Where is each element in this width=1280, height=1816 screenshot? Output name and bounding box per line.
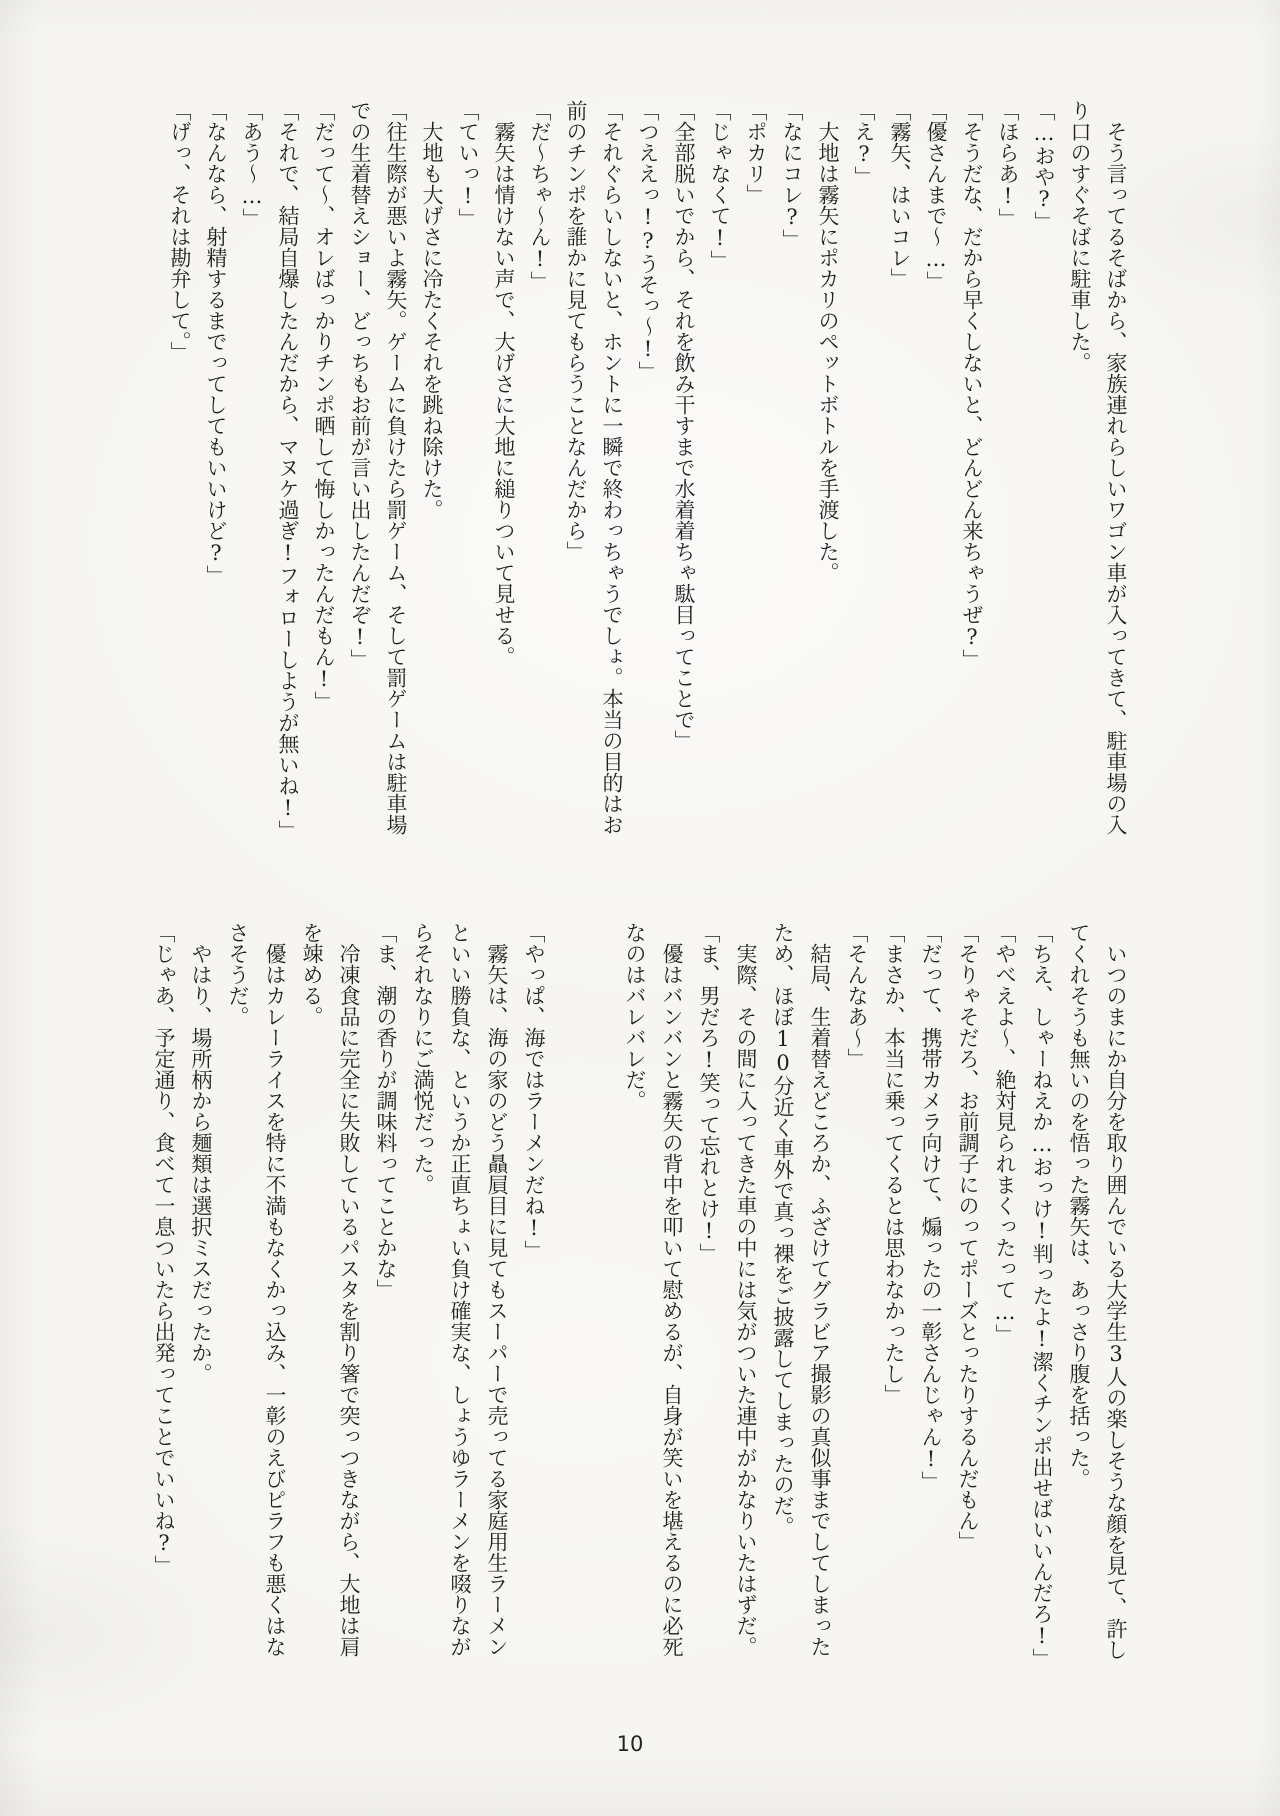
text-line: 「だ〜ちゃ〜ん!」: [522, 100, 558, 844]
text-line: 結局、生着替えどころか、ふざけてグラビア撮影の真似事までしてしまったため、ほぼ1…: [764, 922, 838, 1666]
text-line: いつのまにか自分を取り囲んでいる大学生3人の楽しそうな顔を見て、許してくれそうも…: [1060, 922, 1134, 1666]
text-line: 実際、その間に入ってきた車の中には気がついた連中がかなりいたはずだ。: [727, 922, 764, 1666]
text-line: 「じゃあ、予定通り、食べて一息ついたら出発ってことでいいね?」: [145, 922, 182, 1666]
text-line: 優はバンバンと霧矢の背中を叩いて慰めるが、自身が笑いを堪えるのに必死なのはバレバ…: [616, 922, 690, 1666]
text-line: 「ま、男だろ!笑って忘れとけ!」: [690, 922, 727, 1666]
text-line: 「だって〜、オレばっかりチンポ晒して悔しかったんだもん!」: [306, 100, 342, 844]
text-line: 「そんなあ〜」: [838, 922, 875, 1666]
text-line: 冷凍食品に完全に失敗しているパスタを割り箸で突っつきながら、大地は肩を竦める。: [293, 922, 367, 1666]
text-line: 「やっぱ、海ではラーメンだね!」: [515, 922, 552, 1666]
text-line: 大地は霧矢にポカリのペットボトルを手渡した。: [810, 100, 846, 844]
text-line: やはり、場所柄から麺類は選択ミスだったか。: [182, 922, 219, 1666]
text-line: 「つええっ!?うそっ〜!」: [630, 100, 666, 844]
text-line: 「あう〜…」: [234, 100, 270, 844]
page-number: 10: [598, 1732, 662, 1756]
text-line: 「それで、結局自爆したんだから、マヌケ過ぎ!フォローしようが無いね!」: [270, 100, 306, 844]
text-line: 「ほらあ!」: [990, 100, 1026, 844]
text-line: 「そりゃそだろ、お前調子にのってポーズとったりするんだもん」: [949, 922, 986, 1666]
scanned-book-page: { "page": { "number": "10", "background"…: [0, 0, 1280, 1816]
text-line: 「霧矢、はいコレ」: [882, 100, 918, 844]
text-line: 大地も大げさに冷たくそれを跳ね除けた。: [414, 100, 450, 844]
text-line: 「ちえ、しゃーねえか…おっけ!判ったよ!潔くチンポ出せばいいんだろ!」: [1023, 922, 1060, 1666]
text-line: 霧矢は、海の家のどう贔屓目に見てもスーパーで売ってる家庭用生ラーメンといい勝負な…: [404, 922, 515, 1666]
text-line: 「全部脱いでから、それを飲み干すまで水着着ちゃ駄目ってことで」: [666, 100, 702, 844]
text-line: 「それぐらいしないと、ホントに一瞬で終わっちゃうでしょ。本当の目的はお前のチンポ…: [558, 100, 630, 844]
text-line: 「え?」: [846, 100, 882, 844]
text-line: 「まさか、本当に乗ってくるとは思わなかったし」: [875, 922, 912, 1666]
text-line: 「なんなら、射精するまでってしてもいいけど?」: [198, 100, 234, 844]
text-line: そう言ってるそばから、家族連れらしいワゴン車が入ってきて、駐車場の入り口のすぐそ…: [1062, 100, 1134, 844]
text-line: 「げっ、それは勘弁して。」: [162, 100, 198, 844]
text-line: 「ていっ!」: [450, 100, 486, 844]
text-line: 「やべえよ〜、絶対見られまくったって…」: [986, 922, 1023, 1666]
page-number-value: 10: [617, 1732, 644, 1756]
text-line: 「ま、潮の香りが調味料ってことかな」: [367, 922, 404, 1666]
text-line: 「そうだな、だから早くしないと、どんどん来ちゃうぜ?」: [954, 100, 990, 844]
text-line: 「往生際が悪いよ霧矢。ゲームに負けたら罰ゲーム、そして罰ゲームは駐車場での生着替…: [342, 100, 414, 844]
text-line: 優はカレーライスを特に不満もなくかっ込み、一彰のえびピラフも悪くはなさそうだ。: [219, 922, 293, 1666]
text-line: 「優さんまで〜…」: [918, 100, 954, 844]
text-line: 「ポカリ」: [738, 100, 774, 844]
text-line: 「じゃなくて!」: [702, 100, 738, 844]
text-line: 「だって、携帯カメラ向けて、煽ったの一彰さんじゃん!」: [912, 922, 949, 1666]
vertical-text-block-top: そう言ってるそばから、家族連れらしいワゴン車が入ってきて、駐車場の入り口のすぐそ…: [162, 100, 1134, 844]
text-line: 「なにコレ?」: [774, 100, 810, 844]
text-line: 「…おや?」: [1026, 100, 1062, 844]
text-line: 霧矢は情けない声で、大げさに大地に縋りついて見せる。: [486, 100, 522, 844]
vertical-text-block-bottom: いつのまにか自分を取り囲んでいる大学生3人の楽しそうな顔を見て、許してくれそうも…: [145, 922, 1134, 1666]
page-background: そう言ってるそばから、家族連れらしいワゴン車が入ってきて、駐車場の入り口のすぐそ…: [0, 0, 1280, 1816]
